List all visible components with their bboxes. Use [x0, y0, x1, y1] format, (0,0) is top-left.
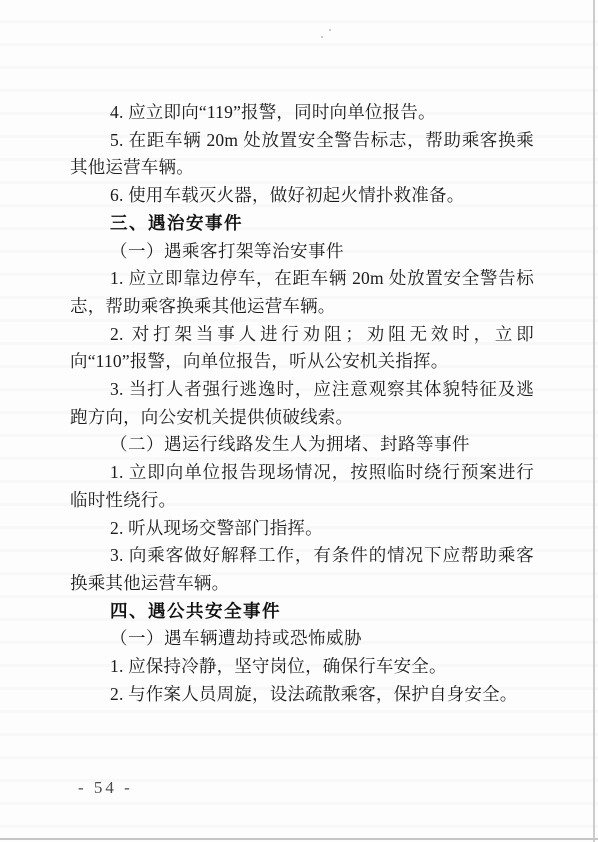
scan-speck	[329, 29, 331, 31]
paragraph: 4. 应立即向“119”报警，同时向单位报告。	[70, 99, 534, 127]
page-number: - 54 -	[78, 778, 133, 798]
paragraph: 1. 应保持冷静，坚守岗位，确保行车安全。	[70, 653, 534, 681]
paragraph: 3. 向乘客做好解释工作，有条件的情况下应帮助乘客换乘其他运营车辆。	[70, 542, 534, 597]
scan-speck	[321, 36, 323, 38]
paragraph: 6. 使用车载灭火器，做好初起火情扑救准备。	[70, 182, 534, 210]
paragraph: 1. 立即向单位报告现场情况，按照临时绕行预案进行临时性绕行。	[70, 459, 534, 514]
section-heading: 四、遇公共安全事件	[70, 598, 534, 626]
subsection-heading: （二）遇运行线路发生人为拥堵、封路等事件	[70, 431, 534, 459]
subsection-heading: （一）遇乘客打架等治安事件	[70, 238, 534, 266]
paragraph: 2. 对打架当事人进行劝阻；劝阻无效时，立即向“110”报警，向单位报告，听从公…	[70, 321, 534, 376]
subsection-heading: （一）遇车辆遭劫持或恐怖威胁	[70, 625, 534, 653]
paragraph: 3. 当打人者强行逃逸时，应注意观察其体貌特征及逃跑方向，向公安机关提供侦破线索…	[70, 376, 534, 431]
document-body: 4. 应立即向“119”报警，同时向单位报告。5. 在距车辆 20m 处放置安全…	[70, 99, 534, 708]
page-edge-right	[593, 0, 595, 842]
paragraph: 2. 听从现场交警部门指挥。	[70, 515, 534, 543]
page-edge-bottom	[0, 838, 598, 840]
document-page: 4. 应立即向“119”报警，同时向单位报告。5. 在距车辆 20m 处放置安全…	[0, 0, 598, 842]
paragraph: 1. 应立即靠边停车，在距车辆 20m 处放置安全警告标志，帮助乘客换乘其他运营…	[70, 265, 534, 320]
paragraph: 5. 在距车辆 20m 处放置安全警告标志，帮助乘客换乘其他运营车辆。	[70, 127, 534, 182]
section-heading: 三、遇治安事件	[70, 210, 534, 238]
paragraph: 2. 与作案人员周旋，设法疏散乘客，保护自身安全。	[70, 681, 534, 709]
